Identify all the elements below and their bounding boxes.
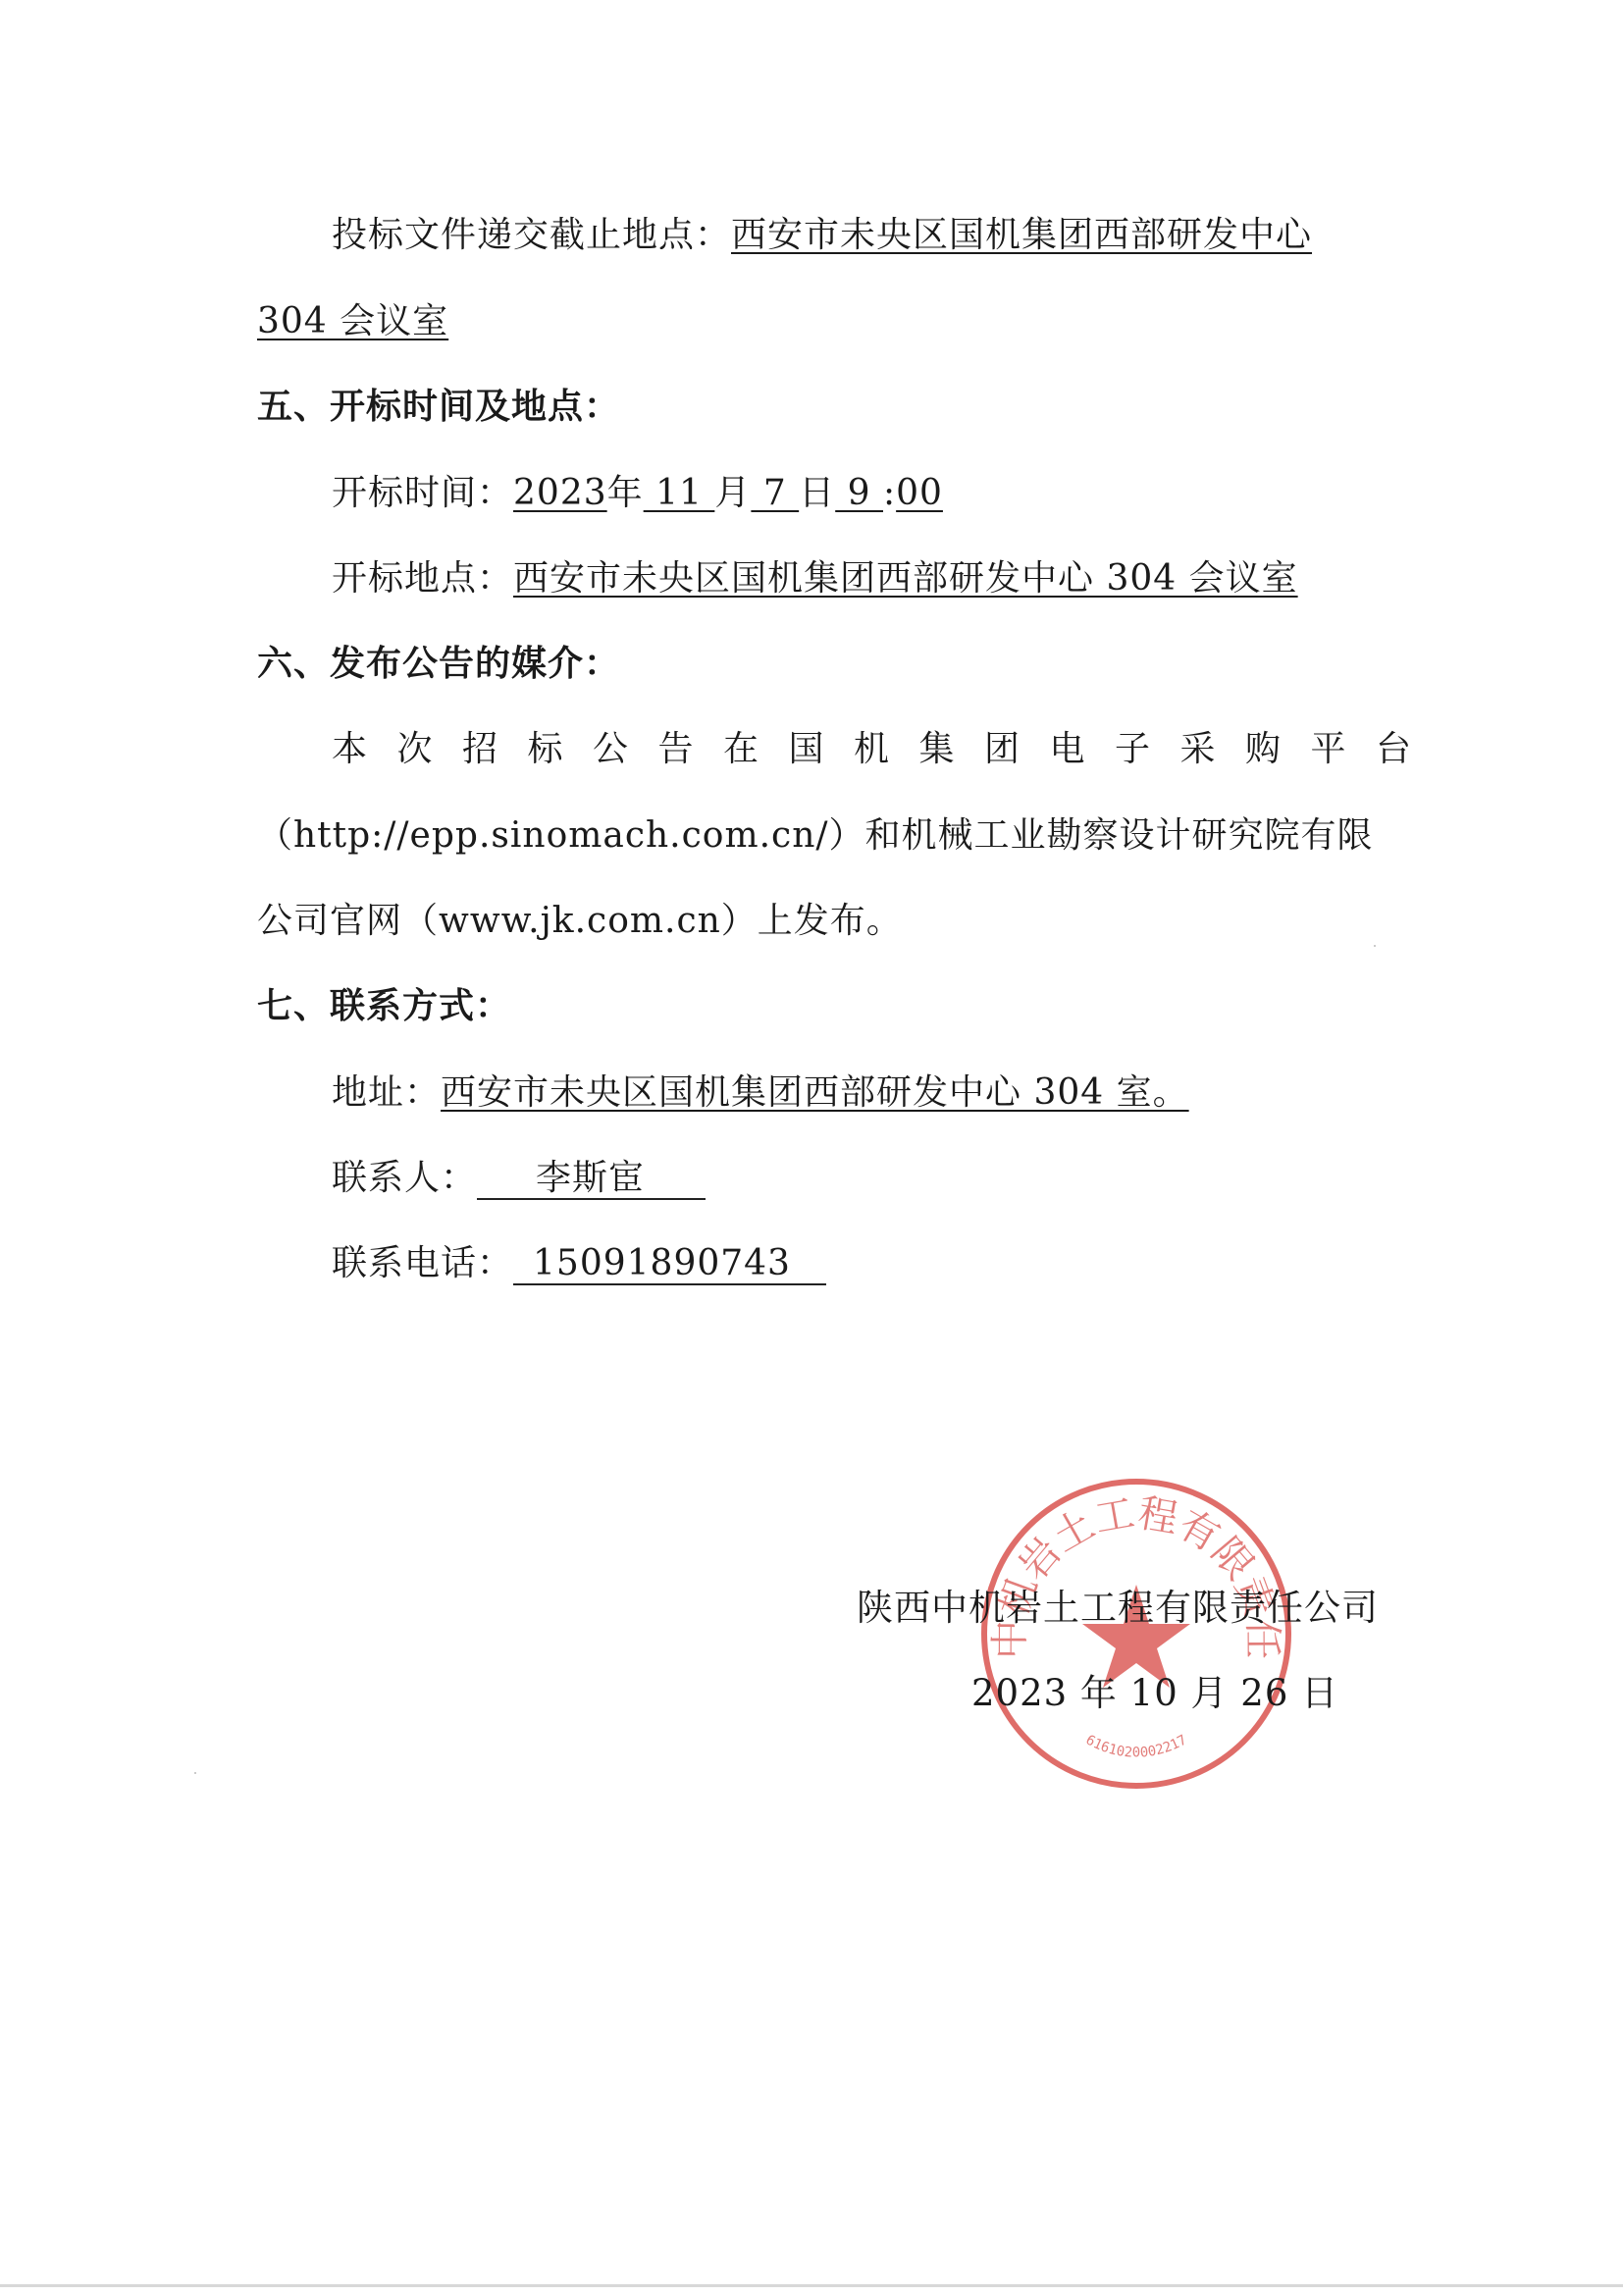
opening-time-line: 开标时间：2023年 11 月 7 日 9 :00 <box>332 472 943 515</box>
opening-place-label: 开标地点： <box>332 558 513 599</box>
opening-month: 11 <box>644 473 715 513</box>
phone-line: 联系电话：15091890743 <box>332 1242 826 1285</box>
company-seal-icon: 陕西中机岩土工程有限责任公司 6161020002217 <box>974 1472 1298 1796</box>
scan-speck <box>1374 945 1376 947</box>
signature-company: 陕西中机岩土工程有限责任公司 <box>857 1587 1379 1630</box>
signature-date: 2023 年 10 月 26 日 <box>971 1672 1338 1715</box>
submission-location-line: 投标文件递交截止地点：西安市未央区国机集团西部研发中心 <box>332 214 1312 257</box>
media-paragraph-line-3: 公司官网（www.jk.com.cn）上发布。 <box>257 900 903 943</box>
contact-person-line: 联系人：李斯宦 <box>332 1157 706 1200</box>
phone-value: 15091890743 <box>513 1244 826 1285</box>
address-value: 西安市未央区国机集团西部研发中心 304 室。 <box>441 1072 1203 1113</box>
submission-location-room: 304 会议室 <box>257 301 448 341</box>
opening-year: 2023 <box>513 473 607 513</box>
submission-location-label: 投标文件递交截止地点： <box>332 215 731 255</box>
opening-place-value: 西安市未央区国机集团西部研发中心 304 会议室 <box>513 558 1298 599</box>
month-unit: 月 <box>714 473 751 513</box>
contact-person-value: 李斯宦 <box>477 1159 706 1200</box>
section-5-heading: 五、开标时间及地点： <box>257 386 620 429</box>
time-colon: : <box>883 473 896 513</box>
scan-edge-rule <box>0 2284 1623 2287</box>
opening-time-label: 开标时间： <box>332 473 513 513</box>
submission-location-line-2: 304 会议室 <box>257 300 448 343</box>
media-paragraph-line-1: 本次招标公告在国机集团电子采购平台 <box>332 728 1441 771</box>
opening-place-line: 开标地点：西安市未央区国机集团西部研发中心 304 会议室 <box>332 557 1298 600</box>
phone-label: 联系电话： <box>332 1243 513 1283</box>
scan-speck <box>194 1772 196 1774</box>
section-7-heading: 七、联系方式： <box>257 985 511 1028</box>
address-label: 地址： <box>332 1072 441 1113</box>
submission-location-value: 西安市未央区国机集团西部研发中心 <box>731 215 1312 255</box>
section-6-heading: 六、发布公告的媒介： <box>257 643 620 686</box>
year-unit: 年 <box>607 473 644 513</box>
media-paragraph-line-2: （http://epp.sinomach.com.cn/）和机械工业勘察设计研究… <box>257 814 1374 858</box>
contact-person-label: 联系人： <box>332 1158 477 1198</box>
opening-day: 7 <box>751 473 799 513</box>
svg-text:6161020002217: 6161020002217 <box>1083 1732 1190 1760</box>
opening-minute: 00 <box>896 473 943 513</box>
address-line: 地址：西安市未央区国机集团西部研发中心 304 室。 <box>332 1071 1203 1115</box>
day-unit: 日 <box>799 473 835 513</box>
opening-hour: 9 <box>835 473 883 513</box>
